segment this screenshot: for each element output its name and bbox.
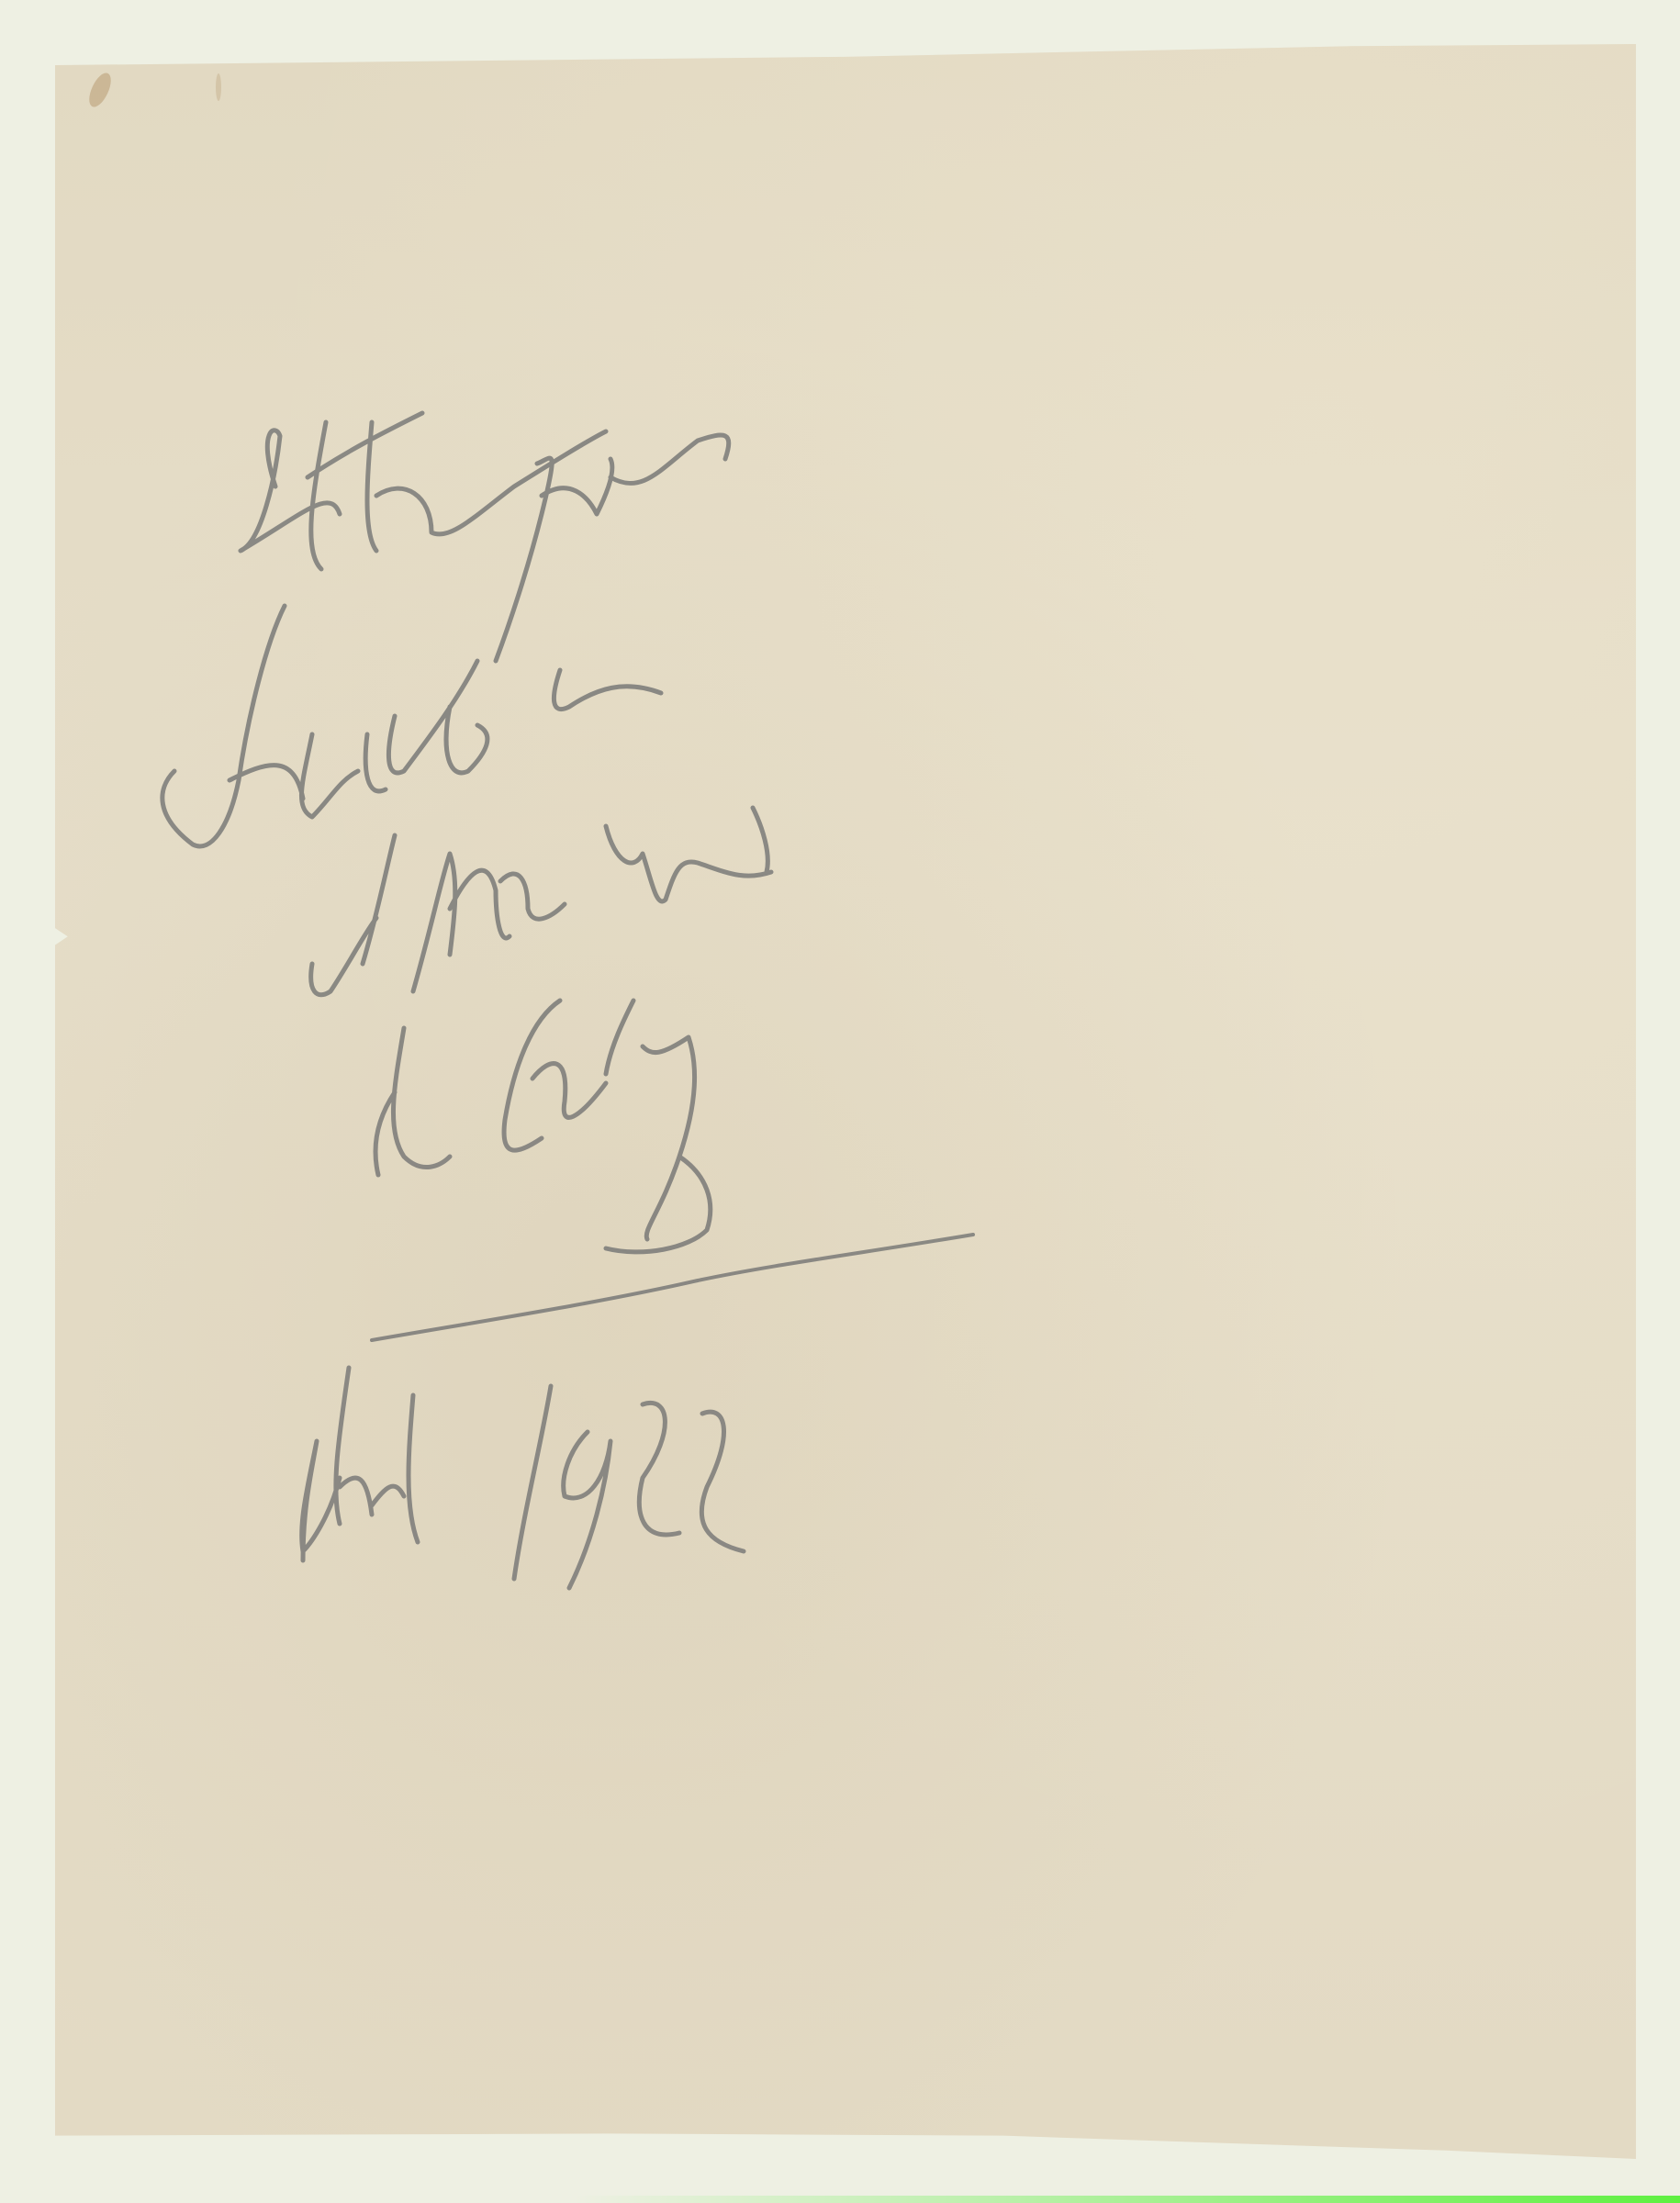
bottom-accent-bar — [574, 2196, 1680, 2203]
handwritten-line-3: el mar sereno — [312, 826, 1082, 954]
handwritten-line-4: de Cadiz — [386, 1010, 870, 1137]
handwritten-line-1: alta por — [239, 422, 674, 550]
handwritten-line-2: Solcillo en — [184, 624, 766, 752]
handwritten-date: abril 1922 — [294, 1377, 868, 1504]
underline-stroke — [372, 1235, 973, 1340]
